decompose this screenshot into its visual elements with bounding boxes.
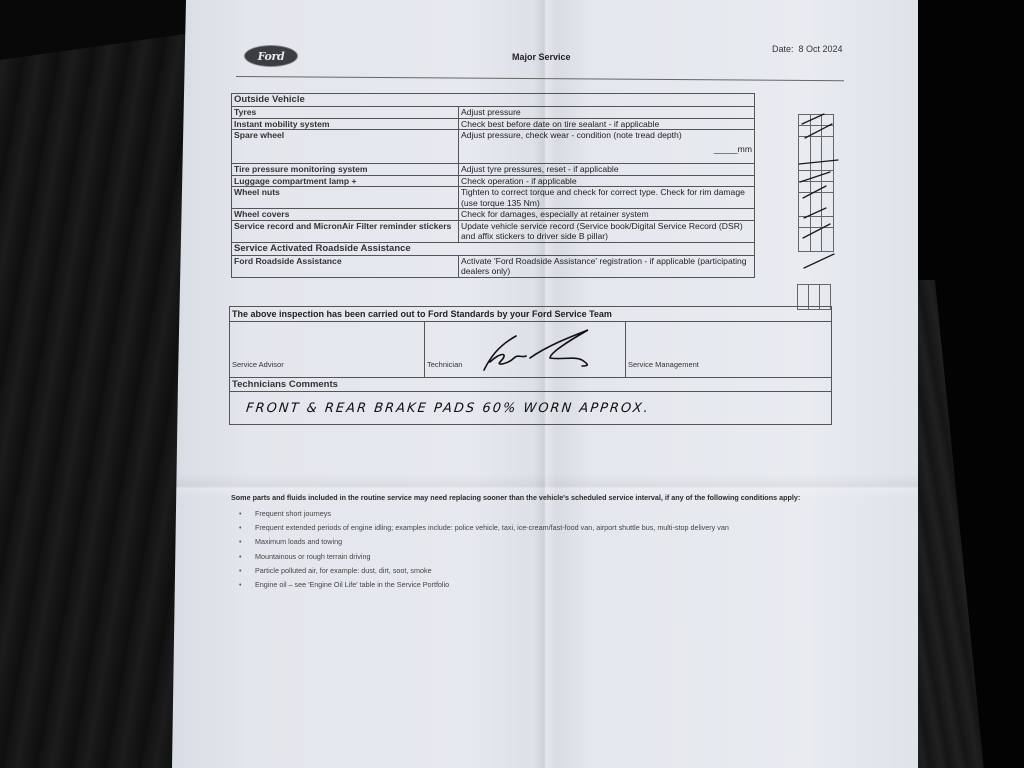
check-marks-icon	[790, 108, 850, 278]
service-sheet: Ford Major Service Date: 8 Oct 2024 Outs…	[0, 0, 1024, 768]
table-row: Luggage compartment lamp + Check operati…	[232, 175, 755, 187]
conditions-list: Frequent short journeys Frequent extende…	[231, 507, 831, 592]
table-row: Ford Roadside Assistance Activate 'Ford …	[232, 255, 755, 277]
table-row: Tyres Adjust pressure	[232, 107, 755, 119]
header-divider	[236, 76, 844, 81]
section-heading: Outside Vehicle	[232, 94, 755, 107]
list-item: Mountainous or rough terrain driving	[255, 550, 831, 564]
table-row: Wheel nuts Tighten to correct torque and…	[232, 187, 755, 209]
list-item: Engine oil – see 'Engine Oil Life' table…	[255, 578, 831, 592]
section-heading-row: Service Activated Roadside Assistance	[232, 242, 755, 255]
tread-depth-blank: _____mm	[461, 144, 752, 155]
table-row: Spare wheel Adjust pressure, check wear …	[232, 130, 755, 164]
service-notes: Some parts and fluids included in the ro…	[231, 491, 831, 592]
list-item: Frequent extended periods of engine idli…	[255, 521, 831, 535]
service-advisor-field[interactable]: Service Advisor	[230, 322, 425, 378]
section-heading-row: Outside Vehicle	[232, 94, 755, 107]
list-item: Particle polluted air, for example: dust…	[255, 564, 831, 578]
document-title: Major Service	[512, 52, 571, 62]
list-item: Frequent short journeys	[255, 507, 831, 521]
list-item: Maximum loads and towing	[255, 535, 831, 549]
table-row: Tire pressure monitoring system Adjust t…	[232, 164, 755, 176]
table-row: Wheel covers Check for damages, especial…	[232, 209, 755, 221]
handwritten-comment: FRONT & REAR BRAKE PADS 60% WORN APPROX.	[231, 401, 650, 416]
table-row: Service record and MicronAir Filter remi…	[232, 220, 755, 242]
notes-intro: Some parts and fluids included in the ro…	[231, 491, 831, 504]
comments-heading: Technicians Comments	[230, 378, 832, 392]
section-heading: Service Activated Roadside Assistance	[232, 242, 755, 255]
service-checklist-table: Outside Vehicle Tyres Adjust pressure In…	[231, 93, 755, 278]
ford-logo-icon: Ford	[244, 45, 298, 67]
table-row: Instant mobility system Check best befor…	[232, 118, 755, 130]
document-date: Date: 8 Oct 2024	[772, 44, 843, 54]
inspection-statement: The above inspection has been carried ou…	[230, 307, 832, 322]
comments-field[interactable]: FRONT & REAR BRAKE PADS 60% WORN APPROX.	[230, 392, 832, 425]
service-management-field[interactable]: Service Management	[626, 322, 832, 378]
technician-signature-icon	[470, 322, 620, 374]
